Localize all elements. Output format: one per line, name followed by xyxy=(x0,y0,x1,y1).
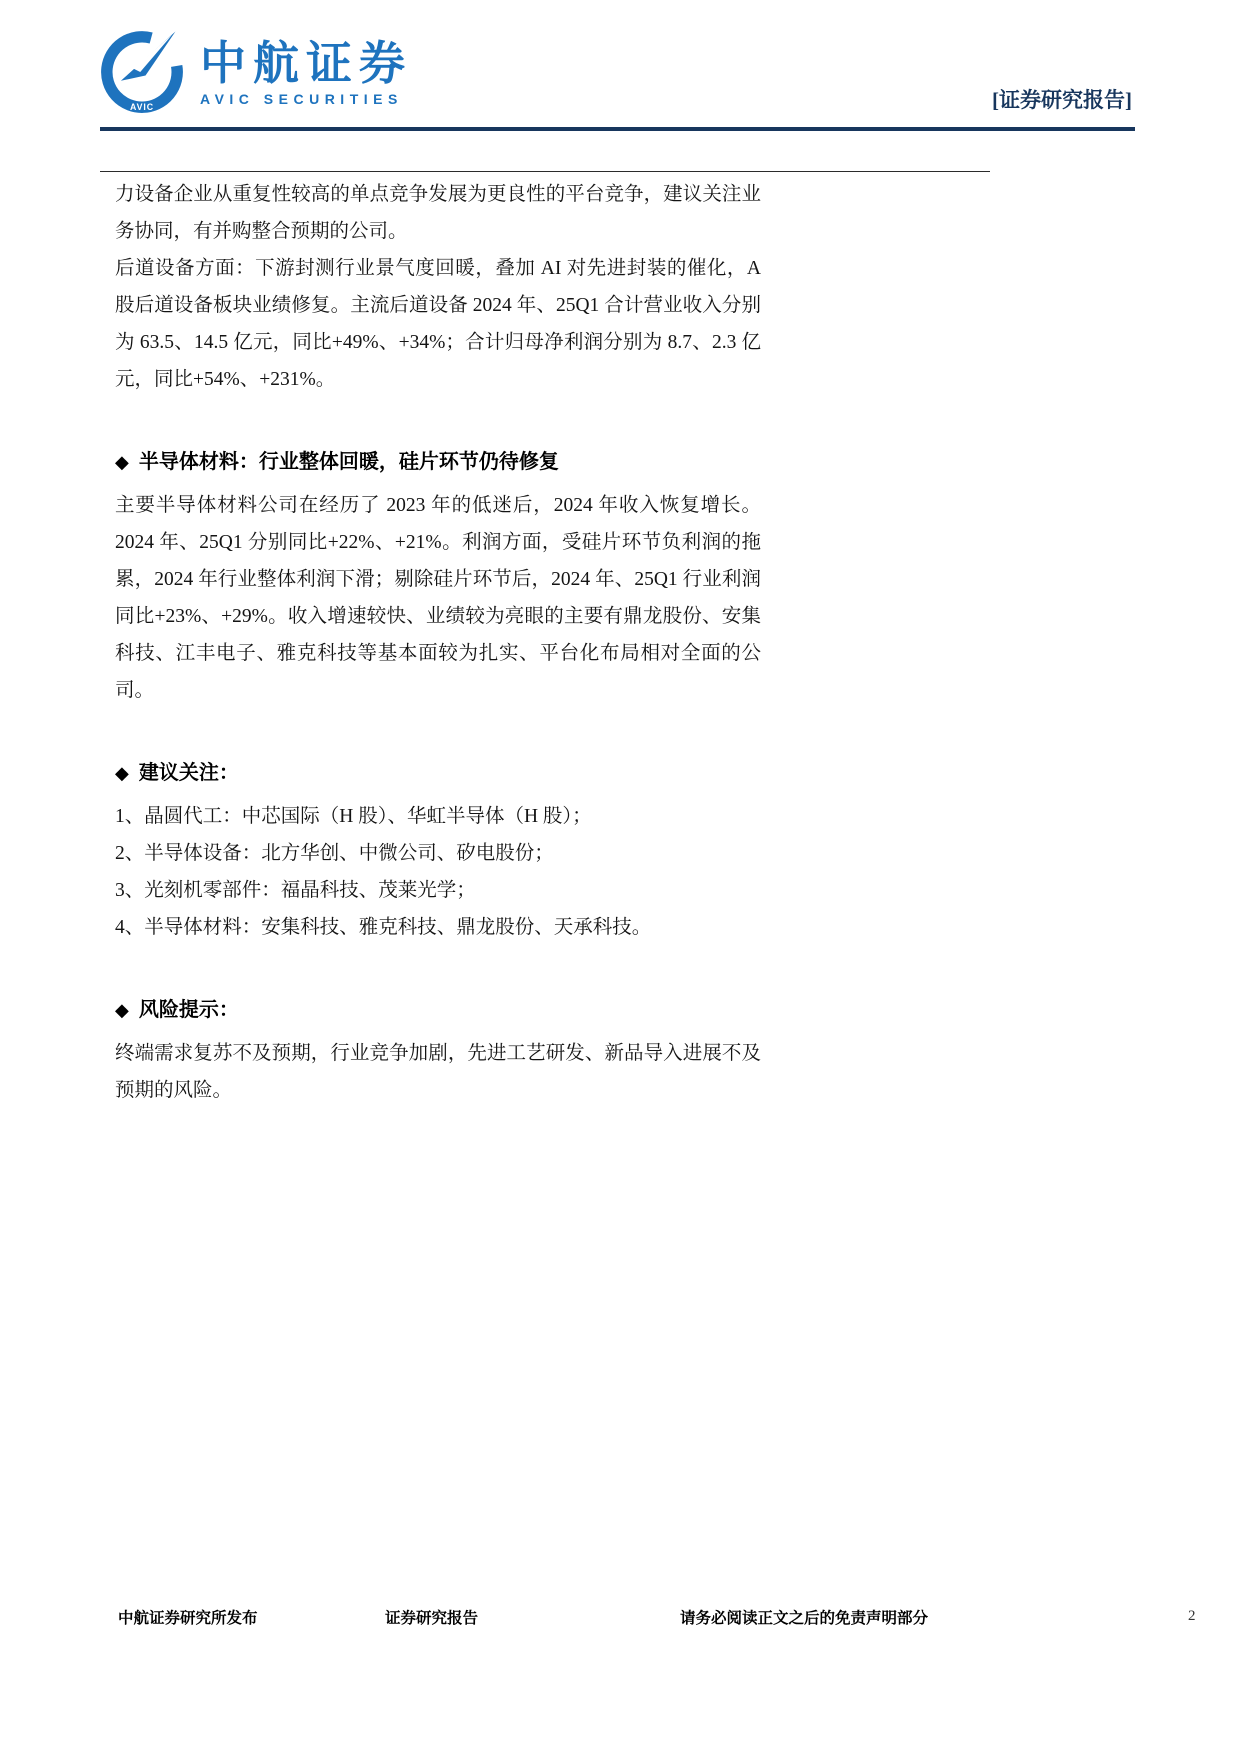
section-watch-list: ◆建议关注： 1、晶圆代工：中芯国际（H 股）、华虹半导体（H 股）； 2、半导… xyxy=(115,755,761,946)
list-item-materials: 4、半导体材料：安集科技、雅克科技、鼎龙股份、天承科技。 xyxy=(115,909,761,946)
paragraph-backend-equipment: 后道设备方面：下游封测行业景气度回暖，叠加 AI 对先进封装的催化，A 股后道设… xyxy=(115,250,761,398)
paragraph-continuation: 力设备企业从重复性较高的单点竞争发展为更良性的平台竞争，建议关注业务协同，有并购… xyxy=(115,176,761,250)
diamond-bullet-icon: ◆ xyxy=(115,452,129,472)
report-page: AVIC 中航证券 AVIC SECURITIES [证券研究报告] 力设备企业… xyxy=(0,0,1240,1754)
logo-en: AVIC SECURITIES xyxy=(200,91,412,107)
avic-logo: AVIC 中航证券 AVIC SECURITIES xyxy=(98,26,412,118)
footer-doc-type: 证券研究报告 xyxy=(385,1606,478,1628)
section-heading: ◆半导体材料：行业整体回暖，硅片环节仍待修复 xyxy=(115,444,761,481)
list-item-equipment: 2、半导体设备：北方华创、中微公司、矽电股份； xyxy=(115,835,761,872)
header-rule xyxy=(100,127,1135,131)
section-heading-text: 半导体材料：行业整体回暖，硅片环节仍待修复 xyxy=(139,451,559,473)
diamond-bullet-icon: ◆ xyxy=(115,1000,129,1020)
section-heading-text: 建议关注： xyxy=(139,762,239,784)
list-item-foundry: 1、晶圆代工：中芯国际（H 股）、华虹半导体（H 股）； xyxy=(115,798,761,835)
paragraph-risk: 终端需求复苏不及预期，行业竞争加剧，先进工艺研发、新品导入进展不及预期的风险。 xyxy=(115,1035,761,1109)
footer-disclaimer: 请务必阅读正文之后的免责声明部分 xyxy=(680,1606,928,1628)
section-semiconductor-materials: ◆半导体材料：行业整体回暖，硅片环节仍待修复 主要半导体材料公司在经历了 202… xyxy=(115,444,761,709)
paragraph-materials: 主要半导体材料公司在经历了 2023 年的低迷后，2024 年收入恢复增长。20… xyxy=(115,487,761,709)
report-tag-label: [证券研究报告] xyxy=(992,84,1132,114)
footer-publisher: 中航证券研究所发布 xyxy=(118,1606,258,1628)
page-number: 2 xyxy=(1188,1608,1196,1625)
diamond-bullet-icon: ◆ xyxy=(115,763,129,783)
section-heading: ◆风险提示： xyxy=(115,992,761,1029)
logo-cn: 中航证券 xyxy=(200,38,412,88)
watch-list: 1、晶圆代工：中芯国际（H 股）、华虹半导体（H 股）； 2、半导体设备：北方华… xyxy=(115,798,761,946)
avic-logo-icon: AVIC xyxy=(98,26,186,118)
section-risk: ◆风险提示： 终端需求复苏不及预期，行业竞争加剧，先进工艺研发、新品导入进展不及… xyxy=(115,992,761,1109)
avic-logo-text: AVIC xyxy=(130,102,154,112)
list-item-lithography-parts: 3、光刻机零部件：福晶科技、茂莱光学； xyxy=(115,872,761,909)
content-rule xyxy=(100,171,990,172)
section-heading-text: 风险提示： xyxy=(139,999,239,1021)
logo-text: 中航证券 AVIC SECURITIES xyxy=(200,38,412,107)
section-heading: ◆建议关注： xyxy=(115,755,761,792)
report-body: 力设备企业从重复性较高的单点竞争发展为更良性的平台竞争，建议关注业务协同，有并购… xyxy=(115,176,761,1109)
